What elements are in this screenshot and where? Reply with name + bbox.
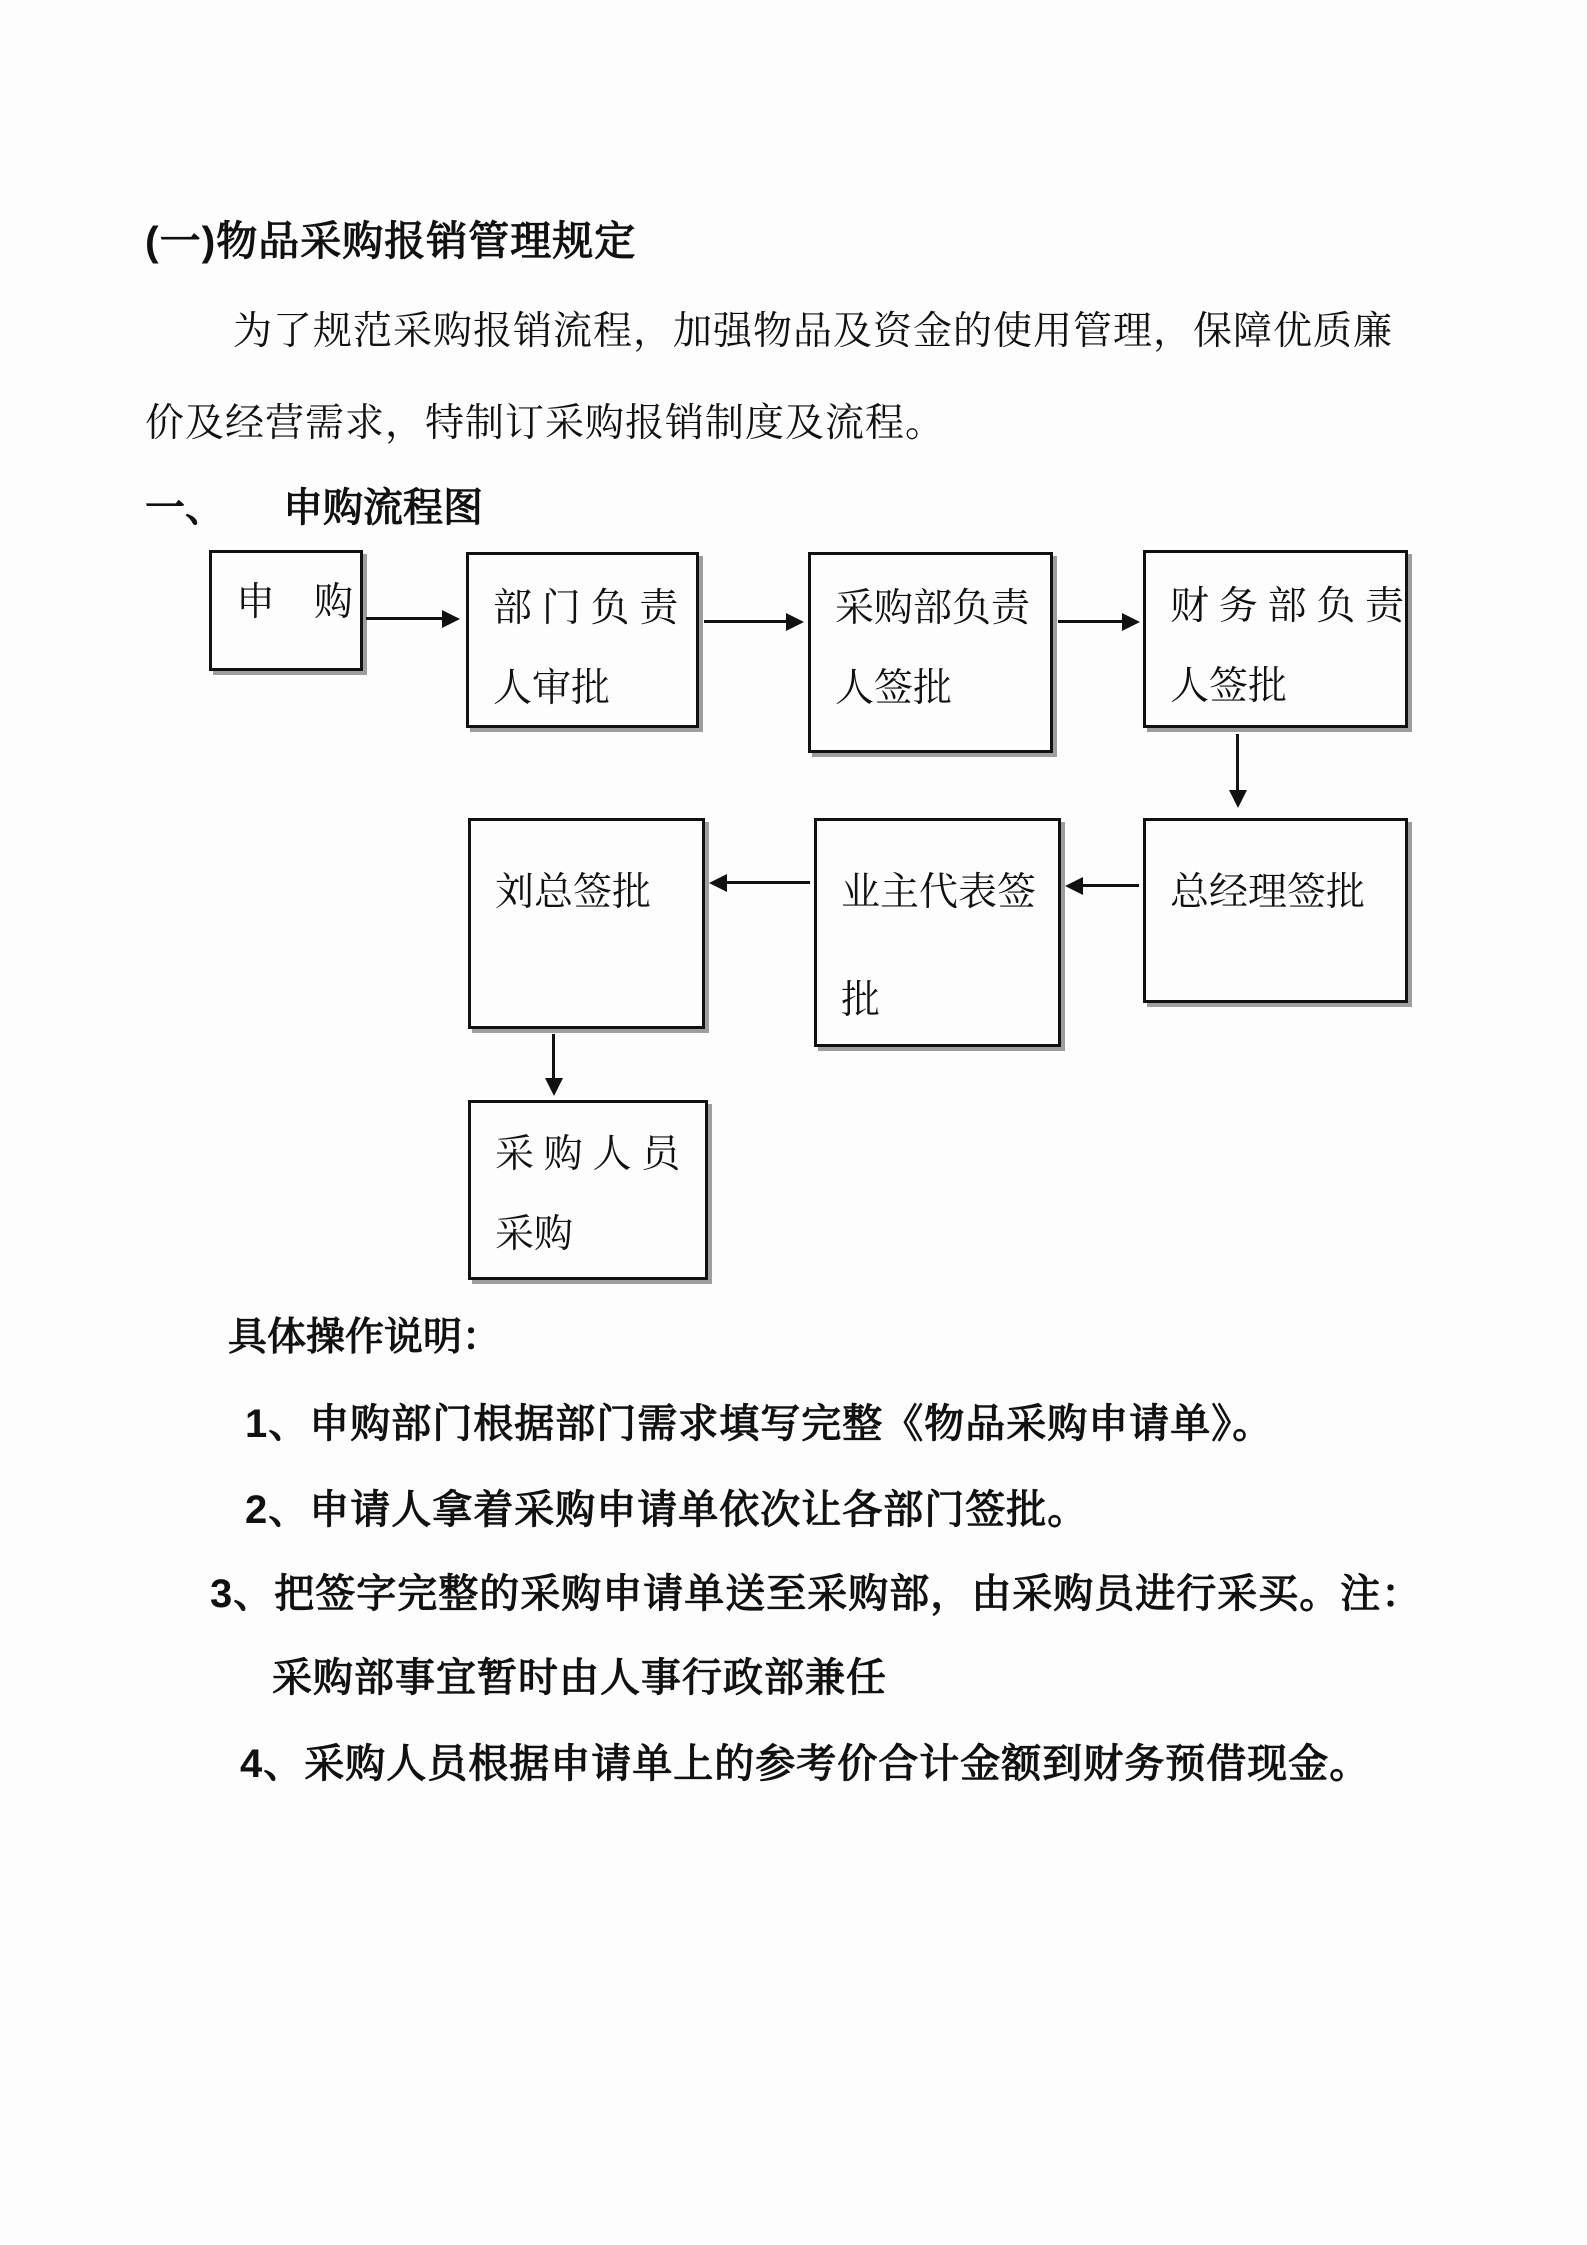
section-heading: 一、申购流程图 [145, 476, 483, 533]
flow-node-finance-dept-sign: 财 务 部 负 责 人签批 [1143, 550, 1408, 728]
arrow-dept-to-purchasing-icon [704, 620, 786, 623]
section-title: 申购流程图 [283, 486, 483, 530]
arrow-apply-to-dept-icon [366, 617, 442, 620]
flow-node-label: 财 务 部 负 责 [1146, 553, 1405, 647]
flow-node-label: 申 购 [212, 553, 360, 643]
flow-node-apply: 申 购 [209, 550, 363, 671]
instruction-item-4: 4、采购人员根据申请单上的参考价合计金额到财务预借现金。 [240, 1732, 1370, 1789]
flow-node-label: 业主代表签 [817, 821, 1058, 947]
flow-node-label: 总经理签批 [1146, 821, 1405, 933]
flow-node-label: 部 门 负 责 [469, 555, 696, 649]
flow-node-label: 人签批 [811, 649, 1050, 729]
flow-node-label: 人签批 [1146, 647, 1405, 727]
flow-node-label: 批 [817, 947, 1058, 1047]
intro-line-1: 为了规范采购报销流程，加强物品及资金的使用管理，保障优质廉 [233, 300, 1393, 356]
flow-node-label: 人审批 [469, 649, 696, 728]
intro-line-2: 价及经营需求，特制订采购报销制度及流程。 [145, 392, 945, 448]
flow-node-label: 采购部负责 [811, 555, 1050, 649]
flow-node-label: 采 购 人 员 [471, 1103, 705, 1195]
instruction-item-3-continued: 采购部事宜暂时由人事行政部兼任 [272, 1646, 887, 1703]
doc-title: (一)物品采购报销管理规定 [145, 208, 636, 267]
flow-node-label: 采购 [471, 1195, 705, 1275]
flow-node-owner-rep-sign: 业主代表签 批 [814, 818, 1061, 1047]
arrow-liu-to-buyer-icon [552, 1034, 555, 1078]
document-page: (一)物品采购报销管理规定 为了规范采购报销流程，加强物品及资金的使用管理，保障… [0, 0, 1587, 2245]
flow-node-label: 刘总签批 [471, 821, 702, 933]
section-number: 一、 [145, 486, 225, 530]
arrow-purchasing-to-finance-icon [1058, 620, 1122, 623]
arrow-gm-to-owner-icon [1083, 884, 1139, 887]
flow-node-liu-zong-sign: 刘总签批 [468, 818, 705, 1029]
flow-node-general-manager-sign: 总经理签批 [1143, 818, 1408, 1003]
flow-node-purchaser-buys: 采 购 人 员 采购 [468, 1100, 708, 1280]
arrow-finance-to-gm-icon [1236, 734, 1239, 790]
flow-node-dept-head-approve: 部 门 负 责 人审批 [466, 552, 699, 728]
instruction-item-1: 1、申购部门根据部门需求填写完整《物品采购申请单》。 [245, 1392, 1273, 1449]
instruction-item-3: 3、把签字完整的采购申请单送至采购部，由采购员进行采买。注： [210, 1562, 1422, 1619]
flow-node-purchasing-dept-sign: 采购部负责 人签批 [808, 552, 1053, 753]
instruction-item-2: 2、申请人拿着采购申请单依次让各部门签批。 [245, 1478, 1088, 1535]
arrow-owner-to-liu-icon [727, 881, 810, 884]
operations-heading: 具体操作说明： [228, 1306, 501, 1362]
